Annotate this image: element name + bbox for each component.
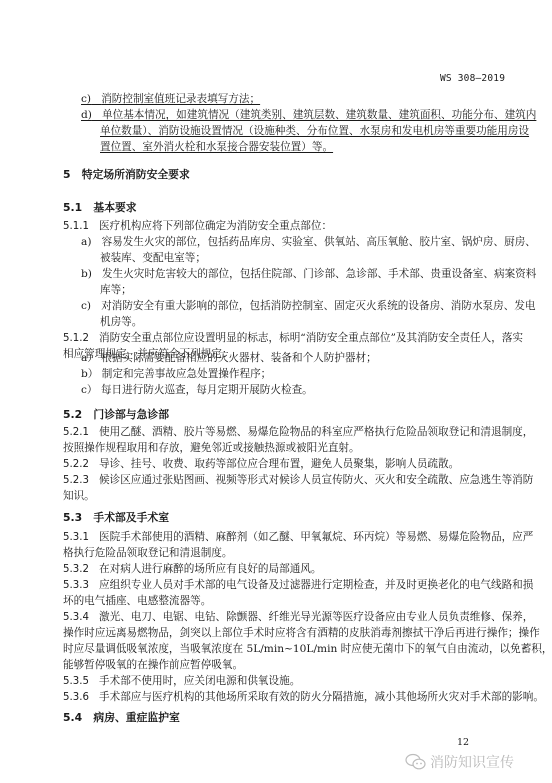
list-item-b: b) 发生火灾时危害较大的部位，包括住院部、门诊部、急诊部、手术部、贵重设备室、… <box>81 267 536 282</box>
chapter-heading: 5 特定场所消防安全要求 <box>63 167 190 182</box>
clause-5-1-2: 5.1.2 消防安全重点部位应设置明显的标志，标明“消防安全重点部位”及其消防安… <box>63 331 523 346</box>
section-heading-5-4: 5.4 病房、重症监护室 <box>63 710 180 725</box>
wechat-icon <box>405 753 427 771</box>
clause-5-3-4: 5.3.4 激光、电刀、电锯、电钻、除颤器、纤维光导光源等医疗设备应由专业人员负… <box>63 610 533 625</box>
list-item-d-line2: 单位数量）、消防设施设置情况（设施种类、分布位置、水泵房和发电机房等重要功能用房… <box>100 124 529 139</box>
clause-5-2-1-line2: 按照操作规程取用和存放，避免邻近或接触热源或被阳光直射。 <box>63 441 360 456</box>
clause-5-2-1: 5.2.1 使用乙醚、酒精、胶片等易燃、易爆危险物品的科室应严格执行危险品领取登… <box>63 425 533 440</box>
list-item-5-1-2-b: b） 制定和完善事故应急处置操作程序； <box>81 367 271 382</box>
list-item-c: c) 对消防安全有重大影响的部位，包括消防控制室、固定灭火系统的设备房、消防水泵… <box>81 299 536 314</box>
clause-5-2-3-line2: 知识。 <box>63 489 95 504</box>
clause-5-3-5: 5.3.5 手术部不使用时，应关闭电源和供氧设施。 <box>63 674 300 689</box>
clause-5-2-3: 5.2.3 候诊区应通过张贴图画、视频等形式对候诊人员宣传防火、灭火和安全疏散、… <box>63 473 533 488</box>
clause-5-3-4-line4: 能够暂停吸氧的在操作前应暂停吸氧。 <box>63 658 243 673</box>
clause-5-1-1: 5.1.1 医疗机构应将下列部位确定为消防安全重点部位： <box>63 219 332 234</box>
list-item-5-1-2-c: c） 每日进行防火巡查，每月定期开展防火检查。 <box>81 383 313 398</box>
list-item-b-line2: 库等； <box>100 283 132 298</box>
section-heading-5-3: 5.3 手术部及手术室 <box>63 510 169 525</box>
clause-5-3-2: 5.3.2 在对病人进行麻醉的场所应有良好的局部通风。 <box>63 562 322 577</box>
clause-5-3-6: 5.3.6 手术部应与医疗机构的其他场所采取有效的防火分隔措施，减小其他场所火灾… <box>63 690 544 705</box>
clause-5-3-3-line2: 坏的电气插座、电感整流器等。 <box>63 594 211 609</box>
list-item-c-line2: 机房等。 <box>100 315 142 330</box>
clause-5-3-4-line2: 操作时应远离易燃物品，剑突以上部位手术时应将含有酒精的皮肤消毒剂擦拭干净后再进行… <box>63 626 540 641</box>
clause-5-3-1: 5.3.1 医院手术部使用的酒精、麻醉剂（如乙醚、甲氧氟烷、环丙烷）等易燃、易爆… <box>63 530 533 545</box>
clause-5-3-1-line2: 格执行危险品领取登记和清退制度。 <box>63 546 233 561</box>
watermark: 消防知识宣传 <box>405 752 514 772</box>
page-number: 12 <box>457 737 469 748</box>
section-heading-5-2: 5.2 门诊部与急诊部 <box>63 407 169 422</box>
list-item-d-line3: 置位置、室外消火栓和水泵接合器安装位置）等。 <box>100 140 333 155</box>
list-item-a-line2: 被装库、变配电室等； <box>100 251 206 266</box>
list-item-c: c) 消防控制室值班记录表填写方法； <box>81 92 260 107</box>
clause-5-3-3: 5.3.3 应组织专业人员对手术部的电气设备及过滤器进行定期检查，并及时更换老化… <box>63 578 533 593</box>
document-id: WS 308—2019 <box>440 73 505 84</box>
list-item-a: a) 容易发生火灾的部位，包括药品库房、实验室、供氧站、高压氧舱、胶片室、锅炉房… <box>81 235 536 250</box>
clause-5-2-2: 5.2.2 导诊、挂号、收费、取药等部位应合理布置，避免人员聚集，影响人员疏散。 <box>63 457 459 472</box>
list-item-5-1-2-a: a） 根据实际需要配备相应的灭火器材、装备和个人防护器材； <box>81 351 377 366</box>
section-heading-5-1: 5.1 基本要求 <box>63 200 137 215</box>
clause-5-3-4-line3: 时应尽量调低吸氧浓度，当吸氧浓度在 5L/min~10L/min 时应使无菌巾下… <box>63 642 552 657</box>
list-item-d: d) 单位基本情况，如建筑情况（建筑类别、建筑层数、建筑数量、建筑面积、功能分布… <box>81 108 536 123</box>
